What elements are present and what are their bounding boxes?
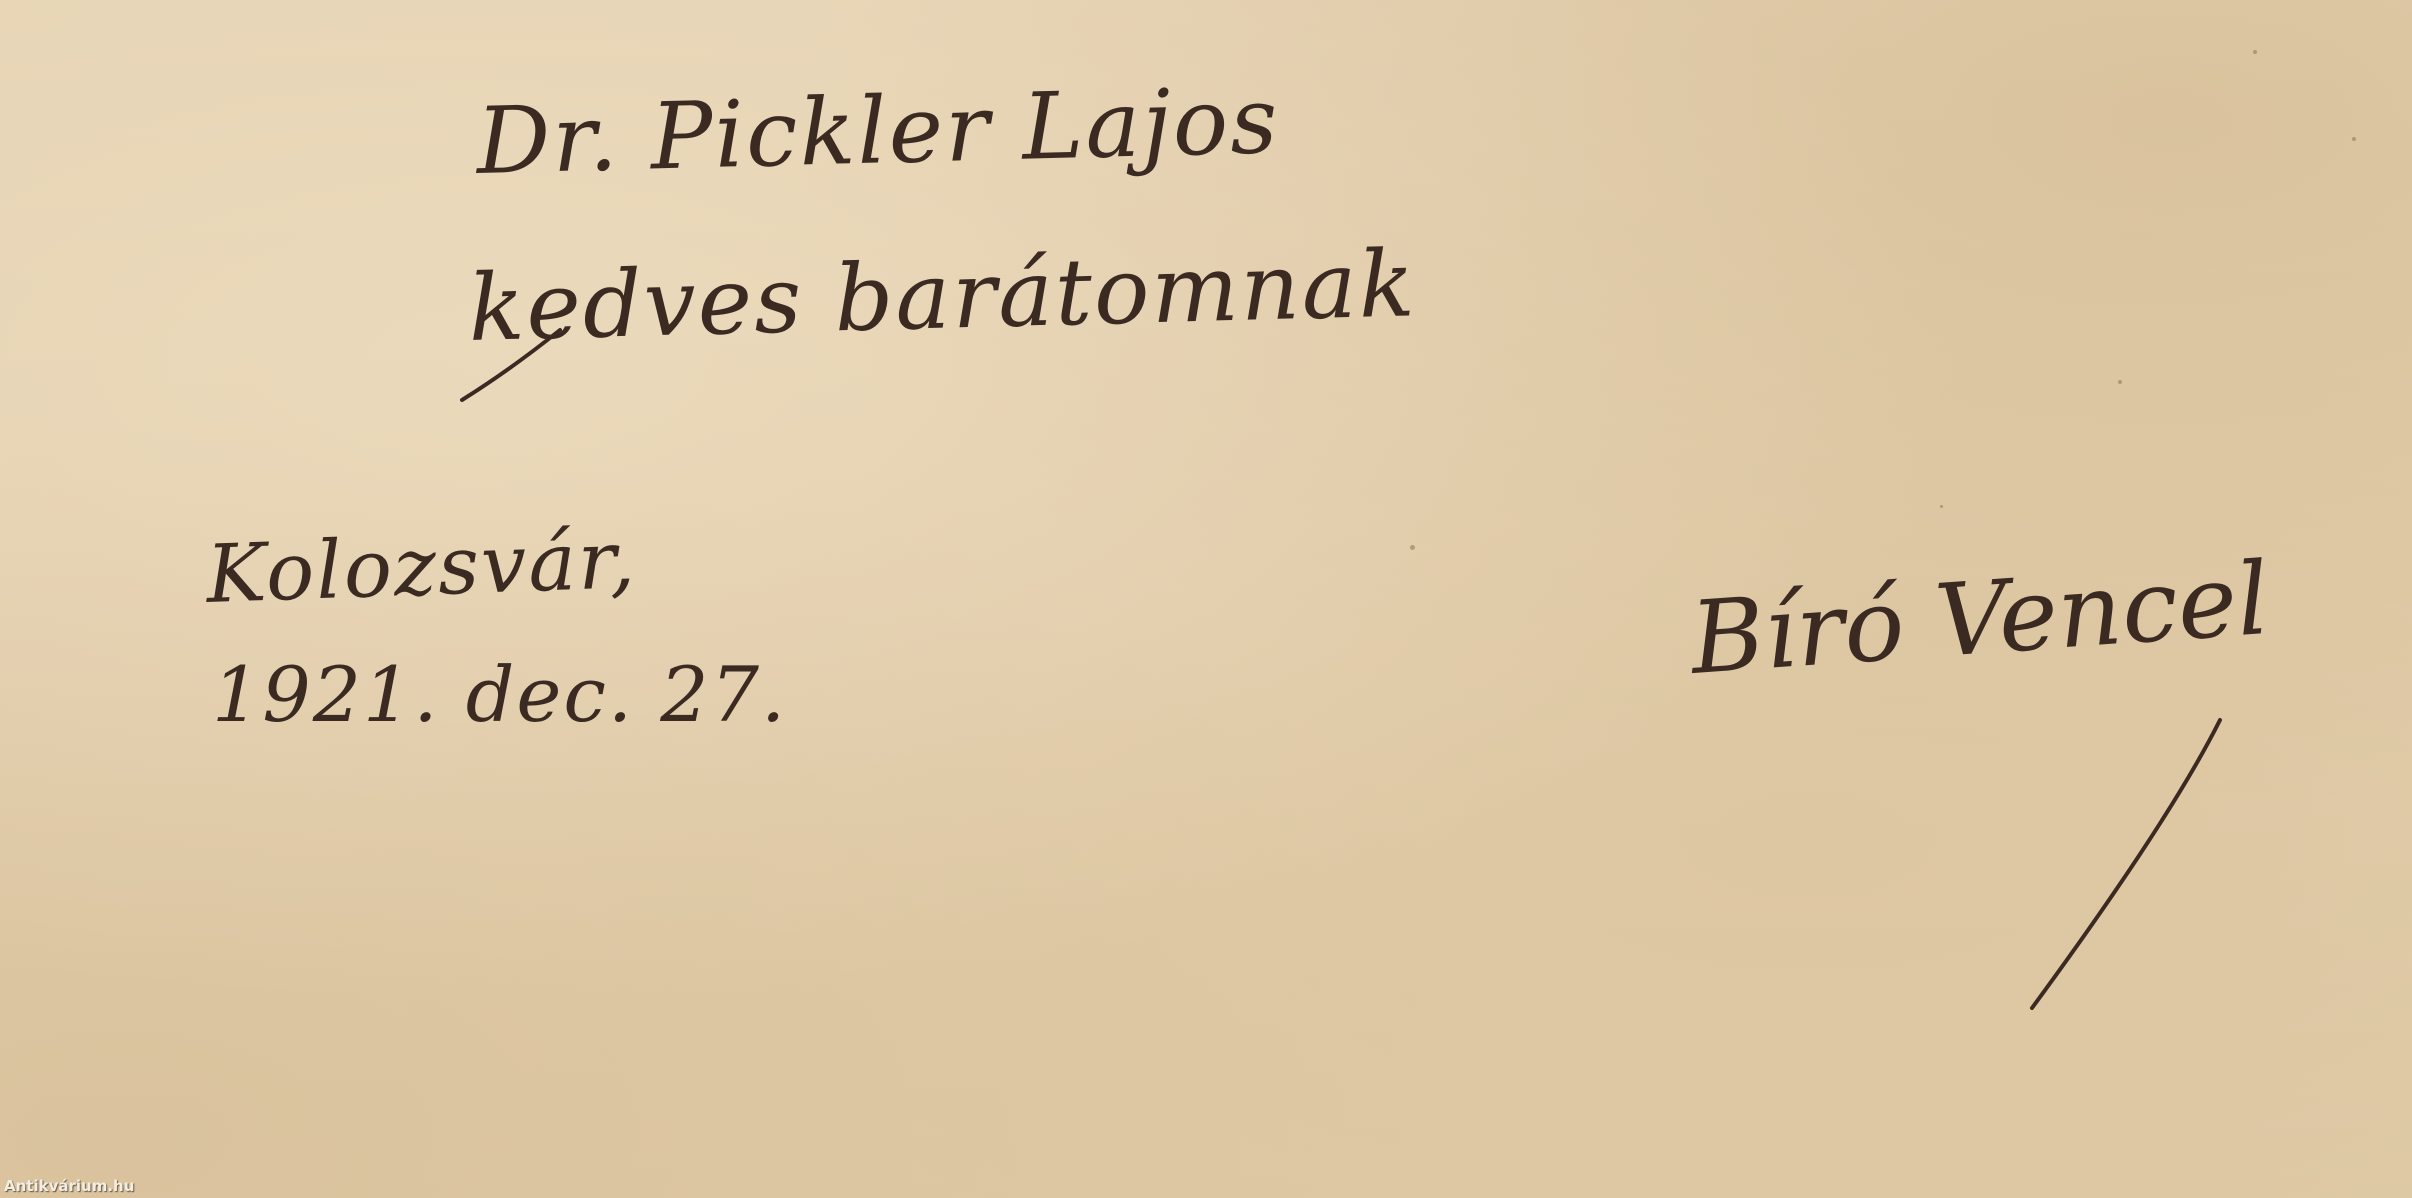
pen-flourish bbox=[450, 320, 570, 410]
dedication-text: kedves barátomnak bbox=[467, 230, 1417, 362]
date-text: 1921. dec. 27. bbox=[212, 650, 787, 739]
place-text: Kolozsvár, bbox=[205, 513, 638, 621]
dedication-recipient: Dr. Pickler Lajos bbox=[475, 67, 1280, 195]
paper-sheet: Dr. Pickler Lajos kedves barátomnak Kolo… bbox=[0, 0, 2412, 1198]
signature-tail-stroke bbox=[2020, 700, 2240, 1020]
paper-speck bbox=[2118, 380, 2122, 384]
paper-speck bbox=[2352, 137, 2356, 141]
paper-speck bbox=[2253, 50, 2257, 54]
paper-speck bbox=[1410, 545, 1415, 550]
paper-speck bbox=[1940, 505, 1943, 508]
signature: Bíró Vencel bbox=[1687, 540, 2273, 697]
watermark: Antikvárium.hu bbox=[4, 1177, 134, 1195]
